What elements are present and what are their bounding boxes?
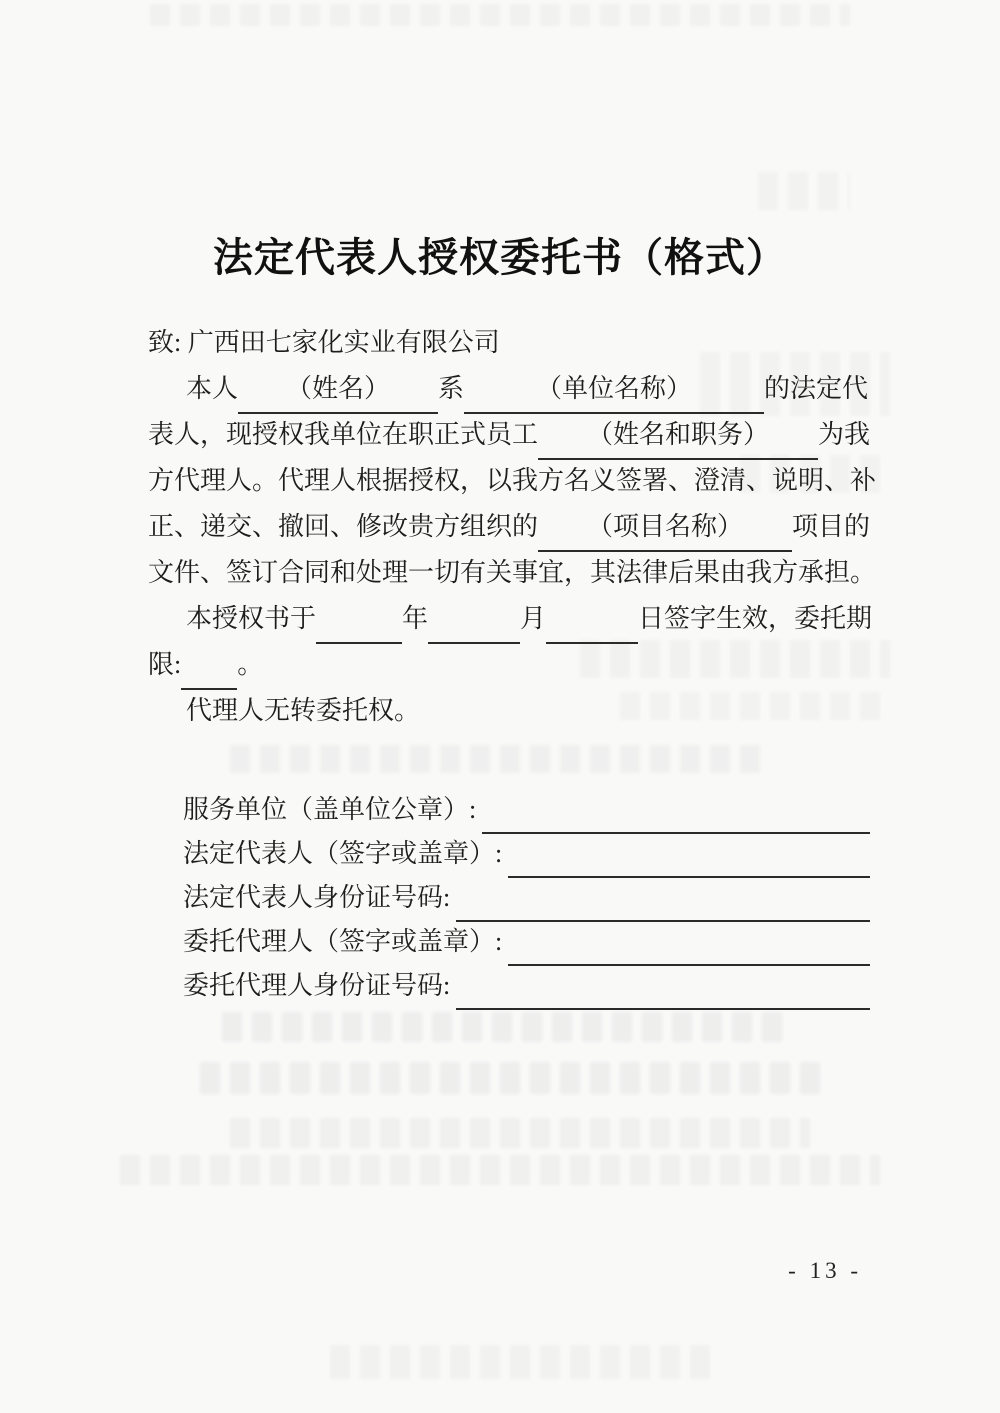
text-segment: 日签字生效，委托期 <box>638 596 872 642</box>
fill-in-blank <box>546 596 638 644</box>
signature-row: 服务单位（盖单位公章）: <box>148 788 870 832</box>
body-line: 表人，现授权我单位在职正式员工（姓名和职务）为我 <box>148 412 870 458</box>
signature-label: 法定代表人身份证号码: <box>183 876 450 920</box>
bleed-through-ghost <box>230 1118 810 1148</box>
body-line: 代理人无转委托权。 <box>148 688 870 734</box>
text-segment: 为我 <box>818 412 870 458</box>
fill-in-blank <box>181 642 237 690</box>
fill-in-blank <box>428 596 520 644</box>
fill-in-blank-hint: （项目名称） <box>538 504 792 552</box>
body-lines: 致: 广西田七家化实业有限公司本人（姓名）系（单位名称）的法定代表人，现授权我单… <box>148 320 870 734</box>
signature-row: 法定代表人身份证号码: <box>148 876 870 920</box>
bleed-through-ghost <box>200 1062 820 1094</box>
document-page: 法定代表人授权委托书（格式） 致: 广西田七家化实业有限公司本人（姓名）系（单位… <box>0 0 1000 1413</box>
text-segment: 表人，现授权我单位在职正式员工 <box>148 412 538 458</box>
signature-row: 法定代表人（签字或盖章）: <box>148 832 870 876</box>
text-segment: 本人 <box>186 366 238 412</box>
body-line: 文件、签订合同和处理一切有关事宜，其法律后果由我方承担。 <box>148 550 870 596</box>
signature-label: 委托代理人身份证号码: <box>183 964 450 1008</box>
fill-in-blank-hint: （姓名和职务） <box>538 412 818 460</box>
bleed-through-ghost <box>120 1155 880 1185</box>
fill-in-blank-hint: （单位名称） <box>464 366 764 414</box>
page-number: - 13 - <box>788 1258 862 1284</box>
text-segment: 限: <box>148 642 181 688</box>
bleed-through-ghost <box>330 1345 710 1379</box>
text-segment: 年 <box>402 596 428 642</box>
signature-label: 法定代表人（签字或盖章）: <box>183 832 502 876</box>
text-segment: 项目的 <box>792 504 870 550</box>
text-segment: 方代理人。代理人根据授权，以我方名义签署、澄清、说明、补 <box>148 458 876 504</box>
signature-block: 服务单位（盖单位公章）: 法定代表人（签字或盖章）: 法定代表人身份证号码: 委… <box>148 788 870 1008</box>
signature-fill-in-line <box>456 964 870 1010</box>
text-segment: 文件、签订合同和处理一切有关事宜，其法律后果由我方承担。 <box>148 550 876 596</box>
document-title: 法定代表人授权委托书（格式） <box>0 226 1000 283</box>
text-segment: 系 <box>438 366 464 412</box>
text-segment: 正、递交、撤回、修改贵方组织的 <box>148 504 538 550</box>
fill-in-blank <box>316 596 402 644</box>
document-body: 致: 广西田七家化实业有限公司本人（姓名）系（单位名称）的法定代表人，现授权我单… <box>148 320 870 1008</box>
bleed-through-ghost <box>150 4 850 26</box>
signature-fill-in-line <box>456 876 870 922</box>
text-segment: 致: 广西田七家化实业有限公司 <box>148 320 500 366</box>
signature-row: 委托代理人（签字或盖章）: <box>148 920 870 964</box>
signature-fill-in-line <box>508 832 870 878</box>
text-segment: 。 <box>237 642 263 688</box>
body-line: 本人（姓名）系（单位名称）的法定代 <box>148 366 870 412</box>
signature-label: 委托代理人（签字或盖章）: <box>183 920 502 964</box>
body-line: 限: 。 <box>148 642 870 688</box>
text-segment: 月 <box>520 596 546 642</box>
body-line: 正、递交、撤回、修改贵方组织的（项目名称）项目的 <box>148 504 870 550</box>
body-line: 本授权书于年月日签字生效，委托期 <box>148 596 870 642</box>
signature-fill-in-line <box>482 788 870 834</box>
bleed-through-ghost <box>222 1012 792 1042</box>
signature-row: 委托代理人身份证号码: <box>148 964 870 1008</box>
fill-in-blank-hint: （姓名） <box>238 366 438 414</box>
signature-fill-in-line <box>508 920 870 966</box>
body-line: 方代理人。代理人根据授权，以我方名义签署、澄清、说明、补 <box>148 458 870 504</box>
signature-label: 服务单位（盖单位公章）: <box>183 788 476 832</box>
body-line: 致: 广西田七家化实业有限公司 <box>148 320 870 366</box>
text-segment: 本授权书于 <box>186 596 316 642</box>
bleed-through-ghost <box>758 172 850 210</box>
text-segment: 代理人无转委托权。 <box>186 688 420 734</box>
text-segment: 的法定代 <box>764 366 868 412</box>
